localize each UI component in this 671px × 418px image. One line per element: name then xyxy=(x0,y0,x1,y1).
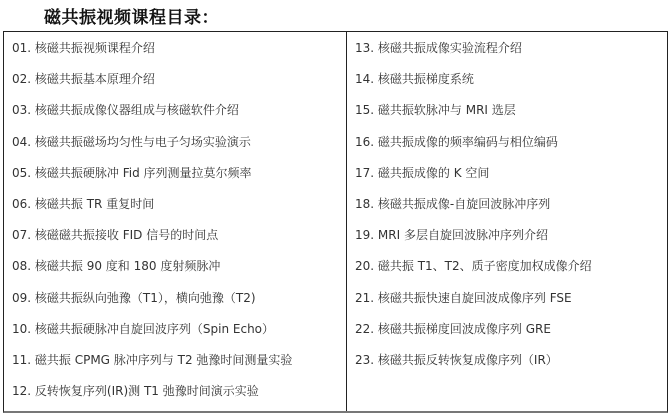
course-item: 14. 核磁共振梯度系统 xyxy=(355,69,667,100)
course-item: 23. 核磁共振反转恢复成像序列（IR） xyxy=(355,350,667,381)
course-item: 20. 磁共振 T1、T2、质子密度加权成像介绍 xyxy=(355,256,667,287)
page-title: 磁共振视频课程目录： xyxy=(44,3,219,28)
course-item: 09. 核磁共振纵向弛豫（T1），横向弛豫（T2) xyxy=(12,288,346,319)
right-column: 13. 核磁共振成像实验流程介绍 14. 核磁共振梯度系统 15. 磁共振软脉冲… xyxy=(347,32,667,411)
course-item: 03. 核磁共振成像仪器组成与核磁软件介绍 xyxy=(12,100,346,131)
course-item: 18. 核磁共振成像-自旋回波脉冲序列 xyxy=(355,194,667,225)
course-item: 11. 磁共振 CPMG 脉冲序列与 T2 弛豫时间测量实验 xyxy=(12,350,346,381)
course-item: 10. 核磁共振硬脉冲自旋回波序列（Spin Echo） xyxy=(12,319,346,350)
course-item: 01. 核磁共振视频课程介绍 xyxy=(12,38,346,69)
course-item: 13. 核磁共振成像实验流程介绍 xyxy=(355,38,667,69)
course-item: 12. 反转恢复序列(IR)测 T1 弛豫时间演示实验 xyxy=(12,381,346,412)
course-item: 17. 磁共振成像的 K 空间 xyxy=(355,163,667,194)
course-item: 04. 核磁共振磁场均匀性与电子匀场实验演示 xyxy=(12,132,346,163)
course-item: 19. MRI 多层自旋回波脉冲序列介绍 xyxy=(355,225,667,256)
course-item: 05. 核磁共振硬脉冲 Fid 序列测量拉莫尔频率 xyxy=(12,163,346,194)
course-item: 15. 磁共振软脉冲与 MRI 选层 xyxy=(355,100,667,131)
course-item: 08. 核磁共振 90 度和 180 度射频脉冲 xyxy=(12,256,346,287)
left-column: 01. 核磁共振视频课程介绍 02. 核磁共振基本原理介绍 03. 核磁共振成像… xyxy=(4,32,347,411)
course-item: 06. 核磁共振 TR 重复时间 xyxy=(12,194,346,225)
course-item: 21. 核磁共振快速自旋回波成像序列 FSE xyxy=(355,288,667,319)
course-catalog-table: 01. 核磁共振视频课程介绍 02. 核磁共振基本原理介绍 03. 核磁共振成像… xyxy=(3,31,668,413)
course-item: 07. 核磁磁共振接收 FID 信号的时间点 xyxy=(12,225,346,256)
course-item: 16. 磁共振成像的频率编码与相位编码 xyxy=(355,132,667,163)
course-item: 02. 核磁共振基本原理介绍 xyxy=(12,69,346,100)
course-item: 22. 核磁共振梯度回波成像序列 GRE xyxy=(355,319,667,350)
